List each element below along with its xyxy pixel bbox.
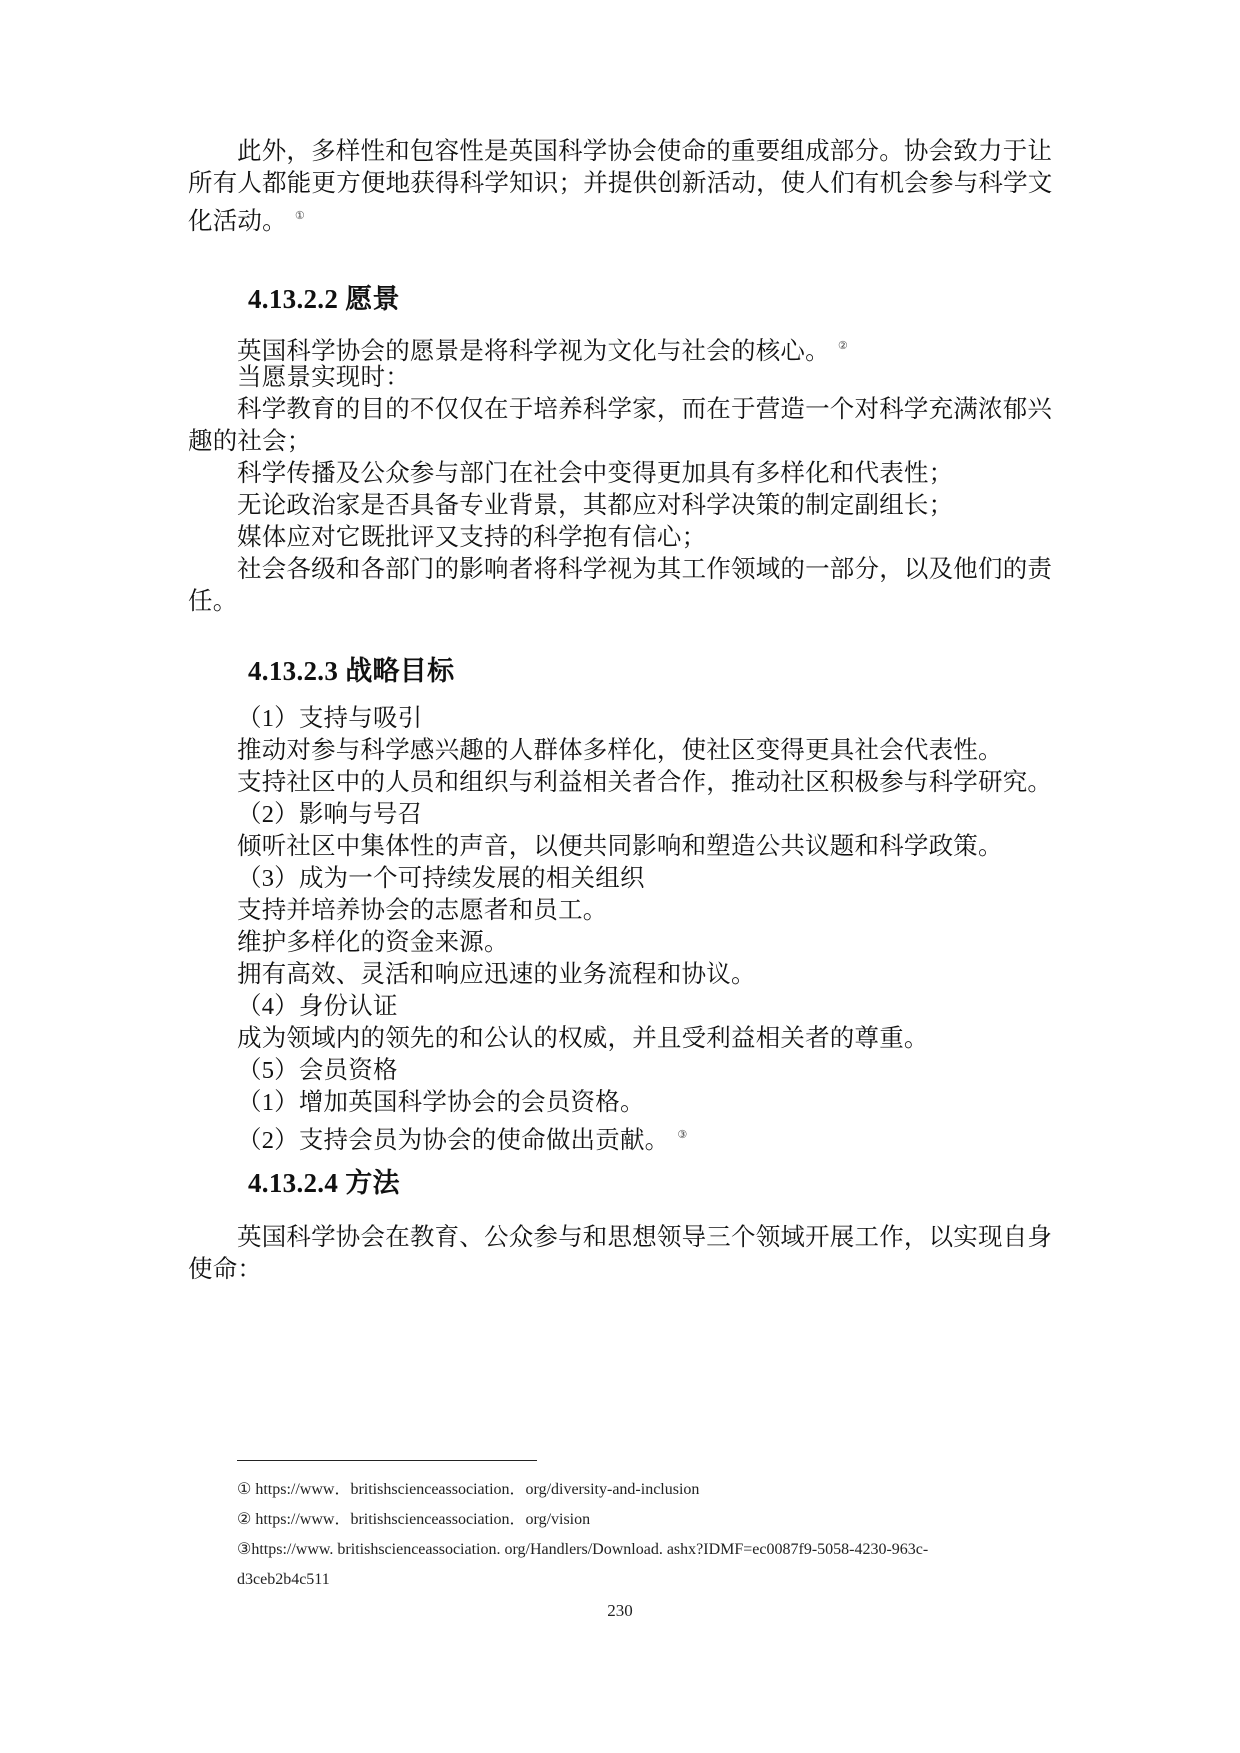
goal-line: （3）成为一个可持续发展的相关组织 — [237, 863, 1107, 895]
paragraph-text: 此外，多样性和包容性是英国科学协会使命的重要组成部分。协会致力于让 — [237, 138, 1052, 165]
footnote-2[interactable]: ② https://www．britishscienceassociation．… — [237, 1509, 590, 1531]
goal-line: 成为领域内的领先的和公认的权威，并且受利益相关者的尊重。 — [237, 1023, 1107, 1055]
footnote-separator — [237, 1460, 537, 1461]
method-line-2: 使命： — [188, 1254, 1058, 1286]
goal-line: 推动对参与科学感兴趣的人群体多样化，使社区变得更具社会代表性。 — [237, 735, 1107, 767]
footnote-1[interactable]: ① https://www．britishscienceassociation．… — [237, 1479, 699, 1501]
vision-item-5: 社会各级和各部门的影响者将科学视为其工作领域的一部分，以及他们的责 — [237, 554, 1107, 586]
goal-line-last: （2）支持会员为协会的使命做出贡献。③ — [237, 1119, 1107, 1151]
goal-line: （4）身份认证 — [237, 991, 1107, 1023]
vision-item-2: 科学传播及公众参与部门在社会中变得更加具有多样化和代表性； — [237, 458, 1107, 490]
section-heading-goals: 4.13.2.3 战略目标 — [248, 653, 454, 689]
goal-line: （1）支持与吸引 — [237, 703, 1107, 735]
goal-line: 拥有高效、灵活和响应迅速的业务流程和协议。 — [237, 959, 1107, 991]
intro-line-3: 化活动。① — [188, 200, 1058, 232]
footnote-ref-1[interactable]: ① — [295, 209, 305, 222]
vision-item-3: 无论政治家是否具备专业背景，其都应对科学决策的制定副组长； — [237, 490, 1107, 522]
section-heading-method: 4.13.2.4 方法 — [248, 1165, 400, 1201]
paragraph-text: 化活动。 — [188, 208, 287, 235]
goal-line: 支持并培养协会的志愿者和员工。 — [237, 895, 1107, 927]
paragraph-text: 所有人都能更方便地获得科学知识；并提供创新活动，使人们有机会参与科学文 — [188, 170, 1053, 197]
footnote-ref-3[interactable]: ③ — [677, 1128, 687, 1141]
vision-statement: 英国科学协会的愿景是将科学视为文化与社会的核心。② — [237, 330, 1107, 362]
vision-item-5-cont: 任。 — [188, 586, 1058, 618]
method-line-1: 英国科学协会在教育、公众参与和思想领导三个领域开展工作，以实现自身 — [237, 1222, 1107, 1254]
paragraph-text: 英国科学协会的愿景是将科学视为文化与社会的核心。 — [237, 338, 830, 365]
footnote-3[interactable]: ③https://www. britishscienceassociation.… — [237, 1539, 928, 1561]
vision-item-1: 科学教育的目的不仅仅在于培养科学家，而在于营造一个对科学充满浓郁兴 — [237, 394, 1107, 426]
page-number: 230 — [0, 1600, 1240, 1622]
vision-item-1-cont: 趣的社会； — [188, 426, 1058, 458]
goal-line: 维护多样化的资金来源。 — [237, 927, 1107, 959]
goal-line: 支持社区中的人员和组织与利益相关者合作，推动社区积极参与科学研究。 — [237, 767, 1107, 799]
paragraph-text: （2）支持会员为协会的使命做出贡献。 — [237, 1127, 669, 1154]
goal-line: （1）增加英国科学协会的会员资格。 — [237, 1087, 1107, 1119]
intro-line-1: 此外，多样性和包容性是英国科学协会使命的重要组成部分。协会致力于让 — [237, 136, 1107, 168]
document-page: 此外，多样性和包容性是英国科学协会使命的重要组成部分。协会致力于让 所有人都能更… — [0, 0, 1240, 1753]
intro-line-2: 所有人都能更方便地获得科学知识；并提供创新活动，使人们有机会参与科学文 — [188, 168, 1058, 200]
goal-line: （5）会员资格 — [237, 1055, 1107, 1087]
goal-line: （2）影响与号召 — [237, 799, 1107, 831]
footnote-3-cont[interactable]: d3ceb2b4c511 — [237, 1569, 330, 1591]
vision-when-label: 当愿景实现时： — [237, 362, 1107, 394]
vision-item-4: 媒体应对它既批评又支持的科学抱有信心； — [237, 522, 1107, 554]
goal-line: 倾听社区中集体性的声音，以便共同影响和塑造公共议题和科学政策。 — [237, 831, 1107, 863]
footnote-ref-2[interactable]: ② — [838, 339, 848, 352]
section-heading-vision: 4.13.2.2 愿景 — [248, 281, 400, 317]
